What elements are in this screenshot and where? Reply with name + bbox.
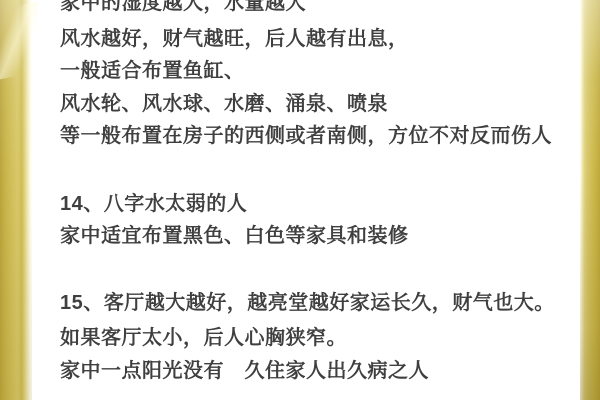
text-line: 风水轮、风水球、水磨、涌泉、喷泉	[60, 91, 388, 118]
text-line: 家中适宜布置黑色、白色等家具和装修	[60, 223, 409, 250]
text-line-item-14: 14、八字水太弱的人	[60, 191, 247, 218]
gold-border-band-left	[0, 0, 32, 400]
text-line: 等一般布置在房子的西侧或者南侧，方位不对反而伤人	[60, 123, 552, 150]
text-line: 家中一点阳光没有 久住家人出久病之人	[60, 358, 429, 385]
text-line: 一般适合布置鱼缸、	[60, 58, 245, 85]
gold-border-band-right	[580, 0, 600, 400]
text-line-item-15: 15、客厅越大越好，越亮堂越好家运长久，财气也大。	[60, 290, 555, 317]
text-line: 风水越好，财气越旺，后人越有出息，	[60, 26, 409, 53]
shared-text-image: 家中的湿度越大，水量越大 风水越好，财气越旺，后人越有出息， 一般适合布置鱼缸、…	[0, 0, 600, 400]
text-line: 如果客厅太小，后人心胸狭窄。	[60, 325, 347, 352]
text-line: 家中的湿度越大，水量越大	[60, 0, 306, 17]
